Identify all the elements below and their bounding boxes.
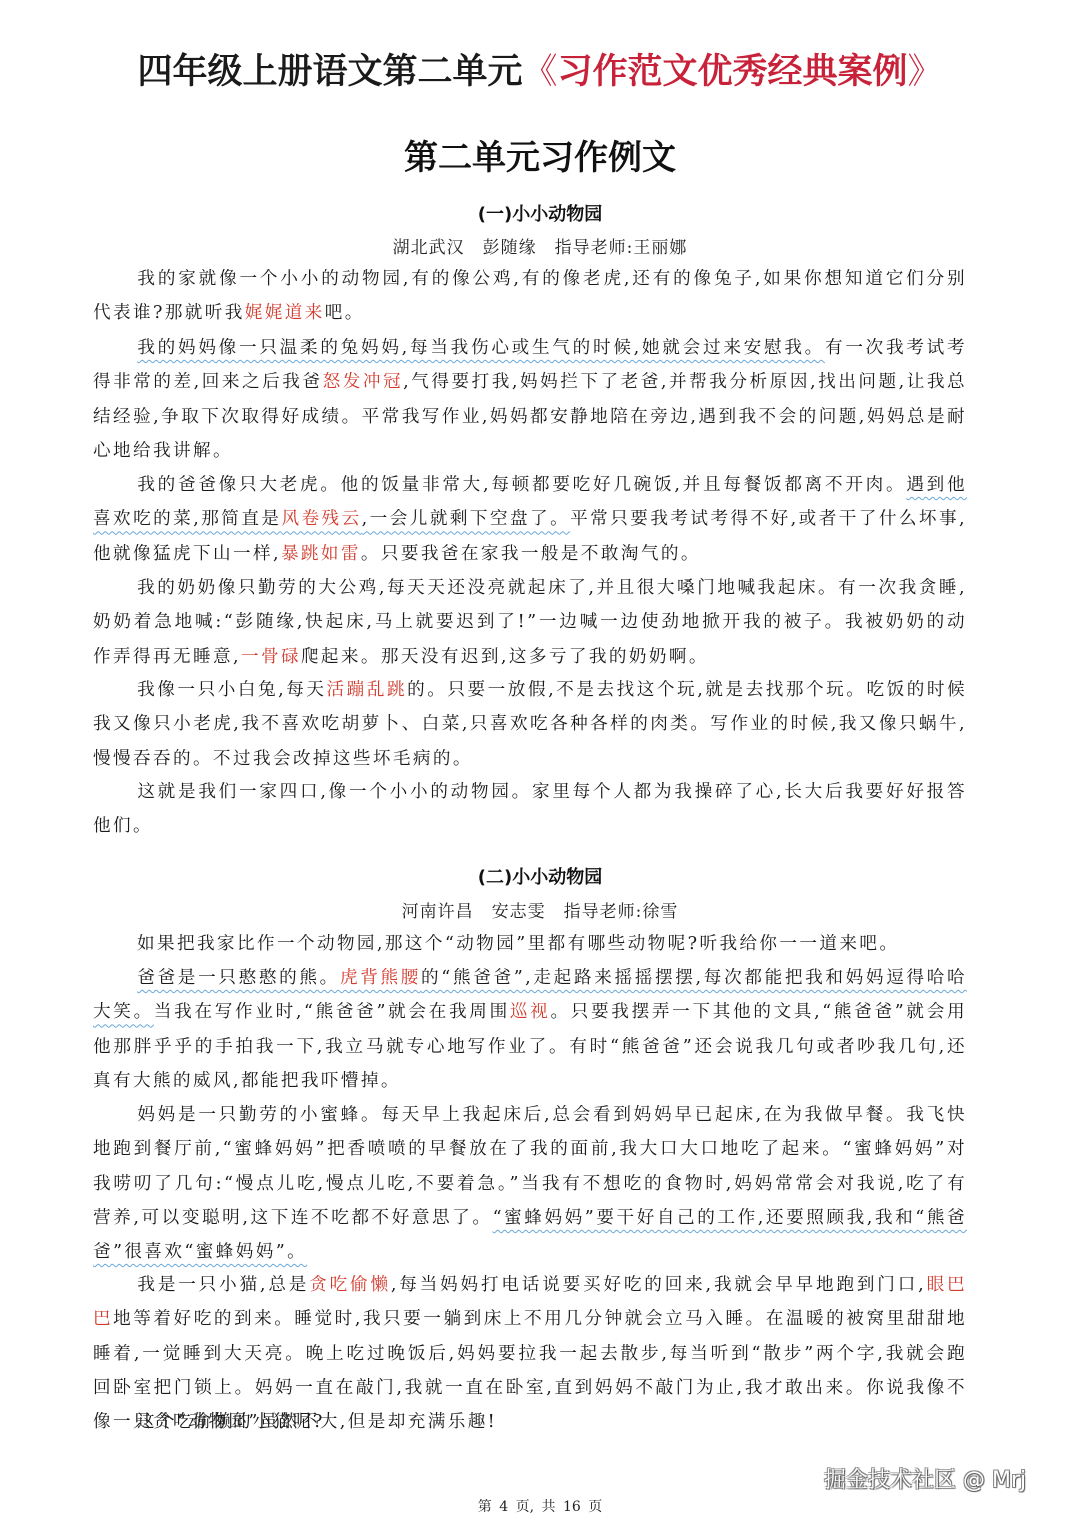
- essay-2-paragraph: 妈妈是一只勤劳的小蜜蜂。每天早上我起床后,总会看到妈妈早已起床,在为我做早餐。我…: [93, 1098, 967, 1269]
- underlined-sentence: 我的妈妈像一只温柔的兔妈妈,每当我伤心或生气的时候,她就会过来安慰我。: [137, 338, 825, 358]
- paragraph-text: 。只要我爸在家我一般是不敢淘气的。: [361, 544, 701, 564]
- document-main-title: 四年级上册语文第二单元《习作范文优秀经典案例》: [0, 44, 1080, 94]
- highlighted-idiom: 活蹦乱跳: [327, 680, 408, 700]
- highlighted-idiom: 风卷残云: [281, 509, 361, 529]
- paragraph-text: 我是一只小猫,总是: [137, 1275, 309, 1295]
- essay-2-byline: 河南许昌 安志雯 指导老师:徐雪: [0, 897, 1080, 922]
- paragraph-text: 吧。: [325, 303, 365, 323]
- main-title-black: 四年级上册语文第二单元: [137, 52, 522, 92]
- paragraph-text: 我的家就像一个小小的动物园,有的像公鸡,有的像老虎,还有的像兔子,如果你想知道它…: [93, 269, 967, 323]
- main-title-open-bracket: 《: [522, 52, 557, 92]
- highlighted-idiom: 一骨碌: [241, 647, 301, 667]
- paragraph-text: 如果把我家比作一个动物园,那这个“动物园”里都有哪些动物呢?听我给你一一道来吧。: [137, 934, 899, 954]
- essay-2-paragraph: 这个“动物园”虽然不大,但是却充满乐趣!: [93, 1405, 967, 1439]
- paragraph-text: 我像一只小白兔,每天: [137, 680, 327, 700]
- underlined-sentence: ,一会儿就剩下空盘了。: [362, 509, 571, 529]
- highlighted-idiom: 巡视: [510, 1002, 551, 1022]
- paragraph-text: 这个“动物园”虽然不大,但是却充满乐趣!: [137, 1412, 497, 1432]
- essay-2-paragraph: 爸爸是一只憨憨的熊。虎背熊腰的“熊爸爸”,走起路来摇摇摆摆,每次都能把我和妈妈逗…: [93, 961, 967, 1098]
- main-title-close-bracket: 》: [908, 52, 943, 92]
- underlined-sentence: 爸爸是一只憨憨的熊。: [137, 968, 340, 988]
- highlighted-idiom: 贪吃偷懒: [309, 1275, 391, 1295]
- watermark: 掘金技术社区 @ Mrj: [824, 1463, 1026, 1494]
- highlighted-idiom: 怒发冲冠: [323, 372, 404, 392]
- essay-2-paragraph: 如果把我家比作一个动物园,那这个“动物园”里都有哪些动物呢?听我给你一一道来吧。: [93, 927, 967, 961]
- paragraph-text: 这就是我们一家四口,像一个小小的动物园。家里每个人都为我操碎了心,长大后我要好好…: [93, 782, 967, 836]
- highlighted-idiom: 娓娓道来: [245, 303, 325, 323]
- essay-1-byline: 湖北武汉 彭随缘 指导老师:王丽娜: [0, 233, 1080, 258]
- essay-1-paragraph: 我的家就像一个小小的动物园,有的像公鸡,有的像老虎,还有的像兔子,如果你想知道它…: [93, 262, 967, 331]
- essay-2-title: (二)小小动物园: [0, 863, 1080, 889]
- unit-title: 第二单元习作例文: [0, 130, 1080, 179]
- essay-1-paragraph: 我的奶奶像只勤劳的大公鸡,每天天还没亮就起床了,并且很大嗓门地喊我起床。有一次我…: [93, 571, 967, 674]
- essay-1-paragraph: 我的妈妈像一只温柔的兔妈妈,每当我伤心或生气的时候,她就会过来安慰我。有一次我考…: [93, 331, 967, 468]
- highlighted-idiom: 暴跳如雷: [281, 544, 361, 564]
- essay-1-paragraph: 我的爸爸像只大老虎。他的饭量非常大,每顿都要吃好几碗饭,并且每餐饭都离不开肉。遇…: [93, 468, 967, 571]
- paragraph-text: 当我在写作业时,“熊爸爸”就会在我周围: [154, 1002, 510, 1022]
- essay-1-paragraph: 我像一只小白兔,每天活蹦乱跳的。只要一放假,不是去找这个玩,就是去找那个玩。吃饭…: [93, 673, 967, 776]
- essay-1-title: (一)小小动物园: [0, 200, 1080, 226]
- paragraph-text: 爬起来。那天没有迟到,这多亏了我的奶奶啊。: [301, 647, 709, 667]
- paragraph-text: 我的爸爸像只大老虎。他的饭量非常大,每顿都要吃好几碗饭,并且每餐饭都离不开肉。: [137, 475, 906, 495]
- highlighted-idiom: 虎背熊腰: [340, 968, 421, 988]
- paragraph-text: ,每当妈妈打电话说要买好吃的回来,我就会早早地跑到门口,: [391, 1275, 926, 1295]
- page-indicator: 第 4 页, 共 16 页: [0, 1496, 1080, 1516]
- main-title-red: 习作范文优秀经典案例: [558, 52, 908, 92]
- essay-1-paragraph: 这就是我们一家四口,像一个小小的动物园。家里每个人都为我操碎了心,长大后我要好好…: [93, 775, 967, 844]
